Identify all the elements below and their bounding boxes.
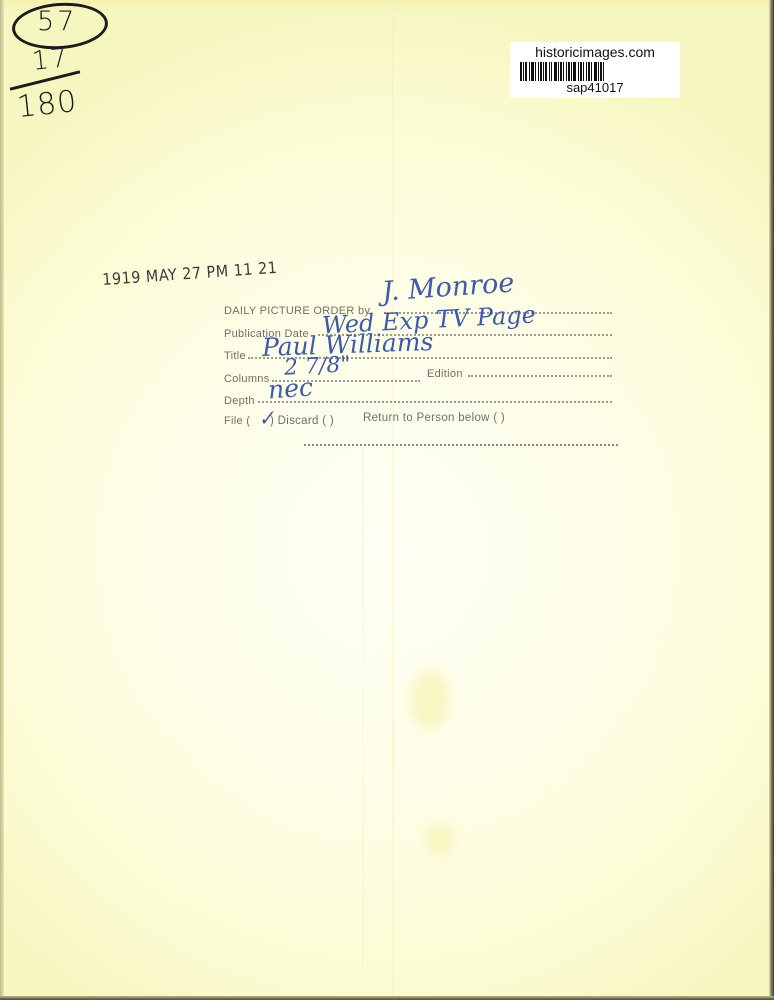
label-site-name: historicimages.com — [510, 44, 680, 60]
dotted-rule — [468, 375, 612, 377]
columns-label: Columns — [224, 373, 270, 385]
paper-crease — [392, 0, 394, 1000]
archive-label: historicimages.com sap41017 — [510, 42, 680, 98]
file-label: File ( — [224, 415, 250, 427]
barcode-icon — [520, 62, 648, 81]
edition-label: Edition — [427, 368, 463, 380]
fraction-numerator: 17 — [31, 43, 71, 77]
paper-stain — [425, 825, 455, 855]
depth-value: nec — [267, 372, 314, 404]
photo-back-paper — [0, 0, 774, 1000]
signature-rule — [304, 444, 618, 446]
fraction-denominator: 180 — [15, 84, 79, 125]
paper-right-edge — [769, 0, 774, 1000]
paper-top-discoloration — [0, 0, 774, 12]
depth-label: Depth — [224, 395, 255, 407]
circled-number: 57 — [37, 6, 77, 37]
paper-bottom-edge — [0, 996, 774, 1000]
paper-stain — [410, 670, 450, 730]
label-item-id: sap41017 — [510, 80, 680, 95]
paper-crease — [362, 450, 364, 1000]
paper-left-edge — [0, 0, 4, 1000]
return-to-person-label: Return to Person below ( ) — [363, 412, 505, 424]
discard-label: ) Discard ( ) — [270, 415, 334, 427]
title-label: Title — [224, 350, 246, 362]
